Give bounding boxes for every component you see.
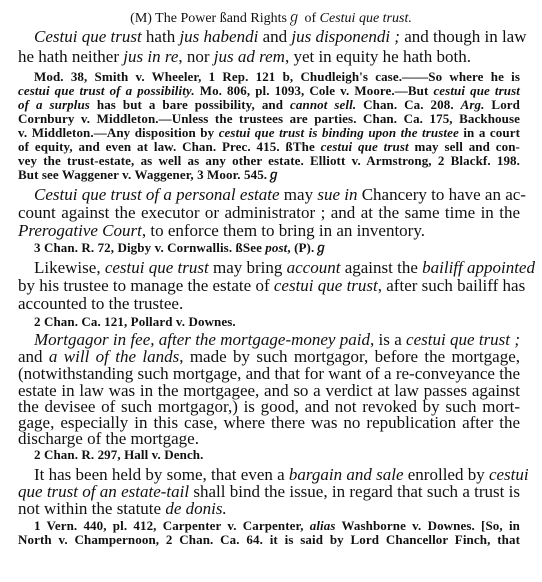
text-line: by his trustee to manage the estate of c… [18,277,520,294]
text-run: v. Middleton.—Any disposition by [18,125,219,140]
text-line: que trust of an estate-tail shall bind t… [18,483,520,500]
text-run: by his trustee to manage the estate of [18,276,274,295]
text-run: Washborne v. Downes. [So, in [336,518,520,533]
text-run: has but a bare possibility, and [90,97,290,112]
text-run: in a court [459,125,520,140]
text-line: discharge of the mortgage. [18,430,520,447]
text-run: he hath neither [18,47,123,66]
text-run: vey the trust-estate, as well as any oth… [18,153,520,168]
text-run: ß [236,240,243,255]
text-run: may [280,185,318,204]
text-run: 1 Vern. 440, pl. 412, Carpenter v. Carpe… [34,518,310,533]
citation-line: Mod. 38, Smith v. Wheeler, 1 Rep. 121 b,… [18,70,520,84]
text-run: shall bind the issue, in regard that suc… [189,482,520,501]
text-line: accounted to the trustee. [18,295,520,312]
citation-line: cestui que trust of a possibility. Mo. 8… [18,84,520,98]
citation-line: 3 Chan. R. 72, Digby v. Cornwallis. ßSee… [18,241,520,255]
text-run: ℊ [267,167,280,182]
italic-text: post [265,240,287,255]
citation-line: of equity, and even at law. Chan. Prec. … [18,140,520,154]
italic-text: cestui que trust [433,83,520,98]
text-run: may bring [209,258,287,277]
italic-text: Cestui que trust. [320,11,412,26]
text-run: 3 Chan. R. 72, Digby v. Cornwallis. [34,240,236,255]
text-line: Likewise, cestui que trust may bring acc… [18,259,520,276]
text-run: (M) The Power [130,11,220,26]
italic-text: jus in re [123,47,178,66]
italic-text: bailiff appointed [422,258,535,277]
text-line: count against the executor or administra… [18,204,520,221]
text-run: Cornbury v. Middleton.—Unless the truste… [18,111,520,126]
text-run: not within the statute [18,499,165,518]
text-run: count against the executor or administra… [18,203,520,222]
italic-text: de donis. [165,499,226,518]
text-run: Lord [485,97,521,112]
text-run: , yet in equity he hath both. [285,47,471,66]
text-run: 2 Chan. Ca. 121, Pollard v. Downes. [34,314,236,329]
text-line: not within the statute de donis. [18,500,520,517]
text-run: The [293,139,321,154]
text-run: against the [340,258,422,277]
text-run: , to enforce them to bring in an invento… [142,221,425,240]
italic-text: Prerogative Court [18,221,142,240]
text-run: ℊ [314,240,327,255]
text-run: accounted to the trustee. [18,294,183,313]
italic-text: cestui que trust [274,276,378,295]
text-run: ß [220,11,227,26]
citation-line: v. Middleton.—Any disposition by cestui … [18,126,520,140]
text-run: ℊ [287,11,301,26]
text-run: and [258,27,291,46]
text-run: Mo. 806, pl. 1093, Cole v. Moore.—But [195,83,434,98]
text-run: of equity, and even at law. Chan. Prec. … [18,139,286,154]
text-run: Mod. 38, Smith v. Wheeler, 1 Rep. 121 b,… [34,69,520,84]
citation-line: 1 Vern. 440, pl. 412, Carpenter v. Carpe… [18,519,520,533]
text-run: See [243,240,265,255]
italic-text: cestui que trust of a possibility. [18,83,195,98]
text-run: , (P). [287,240,314,255]
italic-text: Cestui que trust of a personal estate [34,185,280,204]
text-line: Mortgagor in fee, after the mortgage-mon… [18,331,520,348]
text-line: It has been held by some, that even a ba… [18,466,520,483]
citation-line: of a surplus has but a bare possibility,… [18,98,520,112]
text-run: and though in law [400,27,527,46]
citation-line: 2 Chan. Ca. 121, Pollard v. Downes. [18,315,520,329]
italic-text: jus disponendi ; [291,27,400,46]
text-run: Chancery to have an ac- [357,185,526,204]
text-run: of [301,11,320,26]
text-line: Prerogative Court, to enforce them to br… [18,222,520,239]
citation-line: 2 Chan. R. 297, Hall v. Dench. [18,448,520,462]
citation-line: North v. Champernoon, 2 Chan. Ca. 64. it… [18,533,520,547]
italic-text: cannot sell. [290,97,356,112]
text-run: hath [142,27,180,46]
text-line: Cestui que trust hath jus habendi and ju… [18,28,520,45]
text-run: 2 Chan. R. 297, Hall v. Dench. [34,447,204,462]
italic-text: account [287,258,341,277]
text-run: North v. Champernoon, 2 Chan. Ca. 64. it… [18,532,520,547]
italic-text: Arg. [461,97,485,112]
italic-text: jus habendi [179,27,258,46]
citation-line: Cornbury v. Middleton.—Unless the truste… [18,112,520,126]
text-run: and Rights [227,11,287,26]
text-run: Chan. Ca. 208. [356,97,460,112]
italic-text: cestui que trust is binding upon the tru… [219,125,459,140]
text-run: ß [286,139,293,154]
text-line: Cestui que trust of a personal estate ma… [18,186,520,203]
text-run: , after such bailiff has [378,276,525,295]
text-line: he hath neither jus in re, nor jus ad re… [18,48,520,65]
italic-text: Cestui que trust [34,27,142,46]
text-run: But see Waggener v. Waggener, 3 Moor. 54… [18,167,267,182]
italic-text: cestui que trust [321,139,409,154]
text-run: may sell and con- [409,139,520,154]
italic-text: of a surplus [18,97,90,112]
italic-text: cestui que trust [105,258,209,277]
text-line: and a will of the lands, made by such mo… [18,348,520,365]
citation-line: vey the trust-estate, as well as any oth… [18,154,520,168]
section-heading: (M) The Power ßand Rightsℊ of Cestui que… [0,7,542,27]
citation-line: But see Waggener v. Waggener, 3 Moor. 54… [18,168,520,182]
italic-text: alias [310,518,336,533]
italic-text: sue in [317,185,357,204]
text-line: (notwithstanding such mortgage, and that… [18,365,520,382]
text-run: , nor [178,47,213,66]
text-run: Likewise, [34,258,105,277]
italic-text: jus ad rem [214,47,285,66]
text-run: discharge of the mortgage. [18,429,199,448]
